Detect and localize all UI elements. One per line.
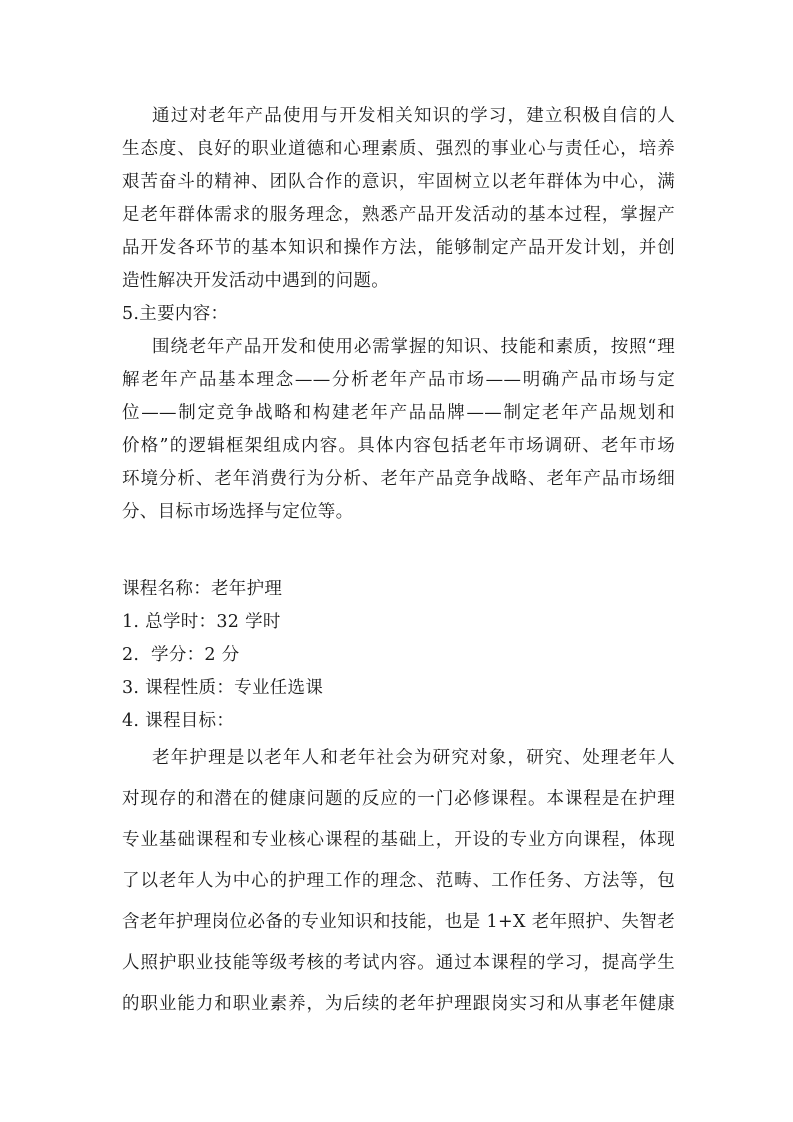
doc-line: 分、目标市场选择与定位等。: [122, 496, 675, 529]
doc-line: 品开发各环节的基本知识和操作方法，能够制定产品开发计划，并创: [122, 232, 675, 265]
document-page: 通过对老年产品使用与开发相关知识的学习，建立积极自信的人 生态度、良好的职业道德…: [0, 0, 793, 1122]
objective-heading-line: 4. 课程目标：: [122, 705, 675, 738]
paragraph-intro: 通过对老年产品使用与开发相关知识的学习，建立积极自信的人 生态度、良好的职业道德…: [122, 100, 675, 298]
credits-line: 2. 学分：2 分: [122, 639, 675, 672]
doc-line: 含老年护理岗位必备的专业知识和技能，也是 1+X 老年照护、失智老: [122, 902, 675, 943]
doc-line: 解老年产品基本理念——分析老年产品市场——明确产品市场与定: [122, 364, 675, 397]
course-type-line: 3. 课程性质：专业任选课: [122, 672, 675, 705]
doc-line: 通过对老年产品使用与开发相关知识的学习，建立积极自信的人: [122, 100, 675, 133]
paragraph-course-objective: 老年护理是以老年人和老年社会为研究对象，研究、处理老年人 对现存的和潜在的健康问…: [122, 738, 675, 1025]
doc-line: 艰苦奋斗的精神、团队合作的意识，牢固树立以老年群体为中心，满: [122, 166, 675, 199]
doc-line: 了以老年人为中心的护理工作的理念、范畴、工作任务、方法等，包: [122, 861, 675, 902]
doc-line: 人照护职业技能等级考核的考试内容。通过本课程的学习，提高学生: [122, 943, 675, 984]
doc-line: 生态度、良好的职业道德和心理素质、强烈的事业心与责任心，培养: [122, 133, 675, 166]
doc-line: 专业基础课程和专业核心课程的基础上，开设的专业方向课程，体现: [122, 820, 675, 861]
total-hours-line: 1. 总学时：32 学时: [122, 606, 675, 639]
doc-line: 环境分析、老年消费行为分析、老年产品竞争战略、老年产品市场细: [122, 463, 675, 496]
doc-line: 位——制定竞争战略和构建老年产品品牌——制定老年产品规划和: [122, 397, 675, 430]
doc-line: 的职业能力和职业素养，为后续的老年护理跟岗实习和从事老年健康: [122, 984, 675, 1025]
doc-line: 足老年群体需求的服务理念，熟悉产品开发活动的基本过程，掌握产: [122, 199, 675, 232]
doc-line: 造性解决开发活动中遇到的问题。: [122, 265, 675, 298]
doc-line: 围绕老年产品开发和使用必需掌握的知识、技能和素质，按照“理: [122, 331, 675, 364]
course-name-line: 课程名称：老年护理: [122, 573, 675, 606]
course-info-list: 课程名称：老年护理 1. 总学时：32 学时 2. 学分：2 分 3. 课程性质…: [122, 573, 675, 738]
top-section: 通过对老年产品使用与开发相关知识的学习，建立积极自信的人 生态度、良好的职业道德…: [122, 100, 675, 529]
section5-heading: 5.主要内容：: [122, 298, 675, 331]
doc-line: 对现存的和潜在的健康问题的反应的一门必修课程。本课程是在护理: [122, 779, 675, 820]
doc-line: 价格”的逻辑框架组成内容。具体内容包括老年市场调研、老年市场: [122, 430, 675, 463]
paragraph-main-content: 围绕老年产品开发和使用必需掌握的知识、技能和素质，按照“理 解老年产品基本理念—…: [122, 331, 675, 529]
doc-line: 老年护理是以老年人和老年社会为研究对象，研究、处理老年人: [122, 738, 675, 779]
